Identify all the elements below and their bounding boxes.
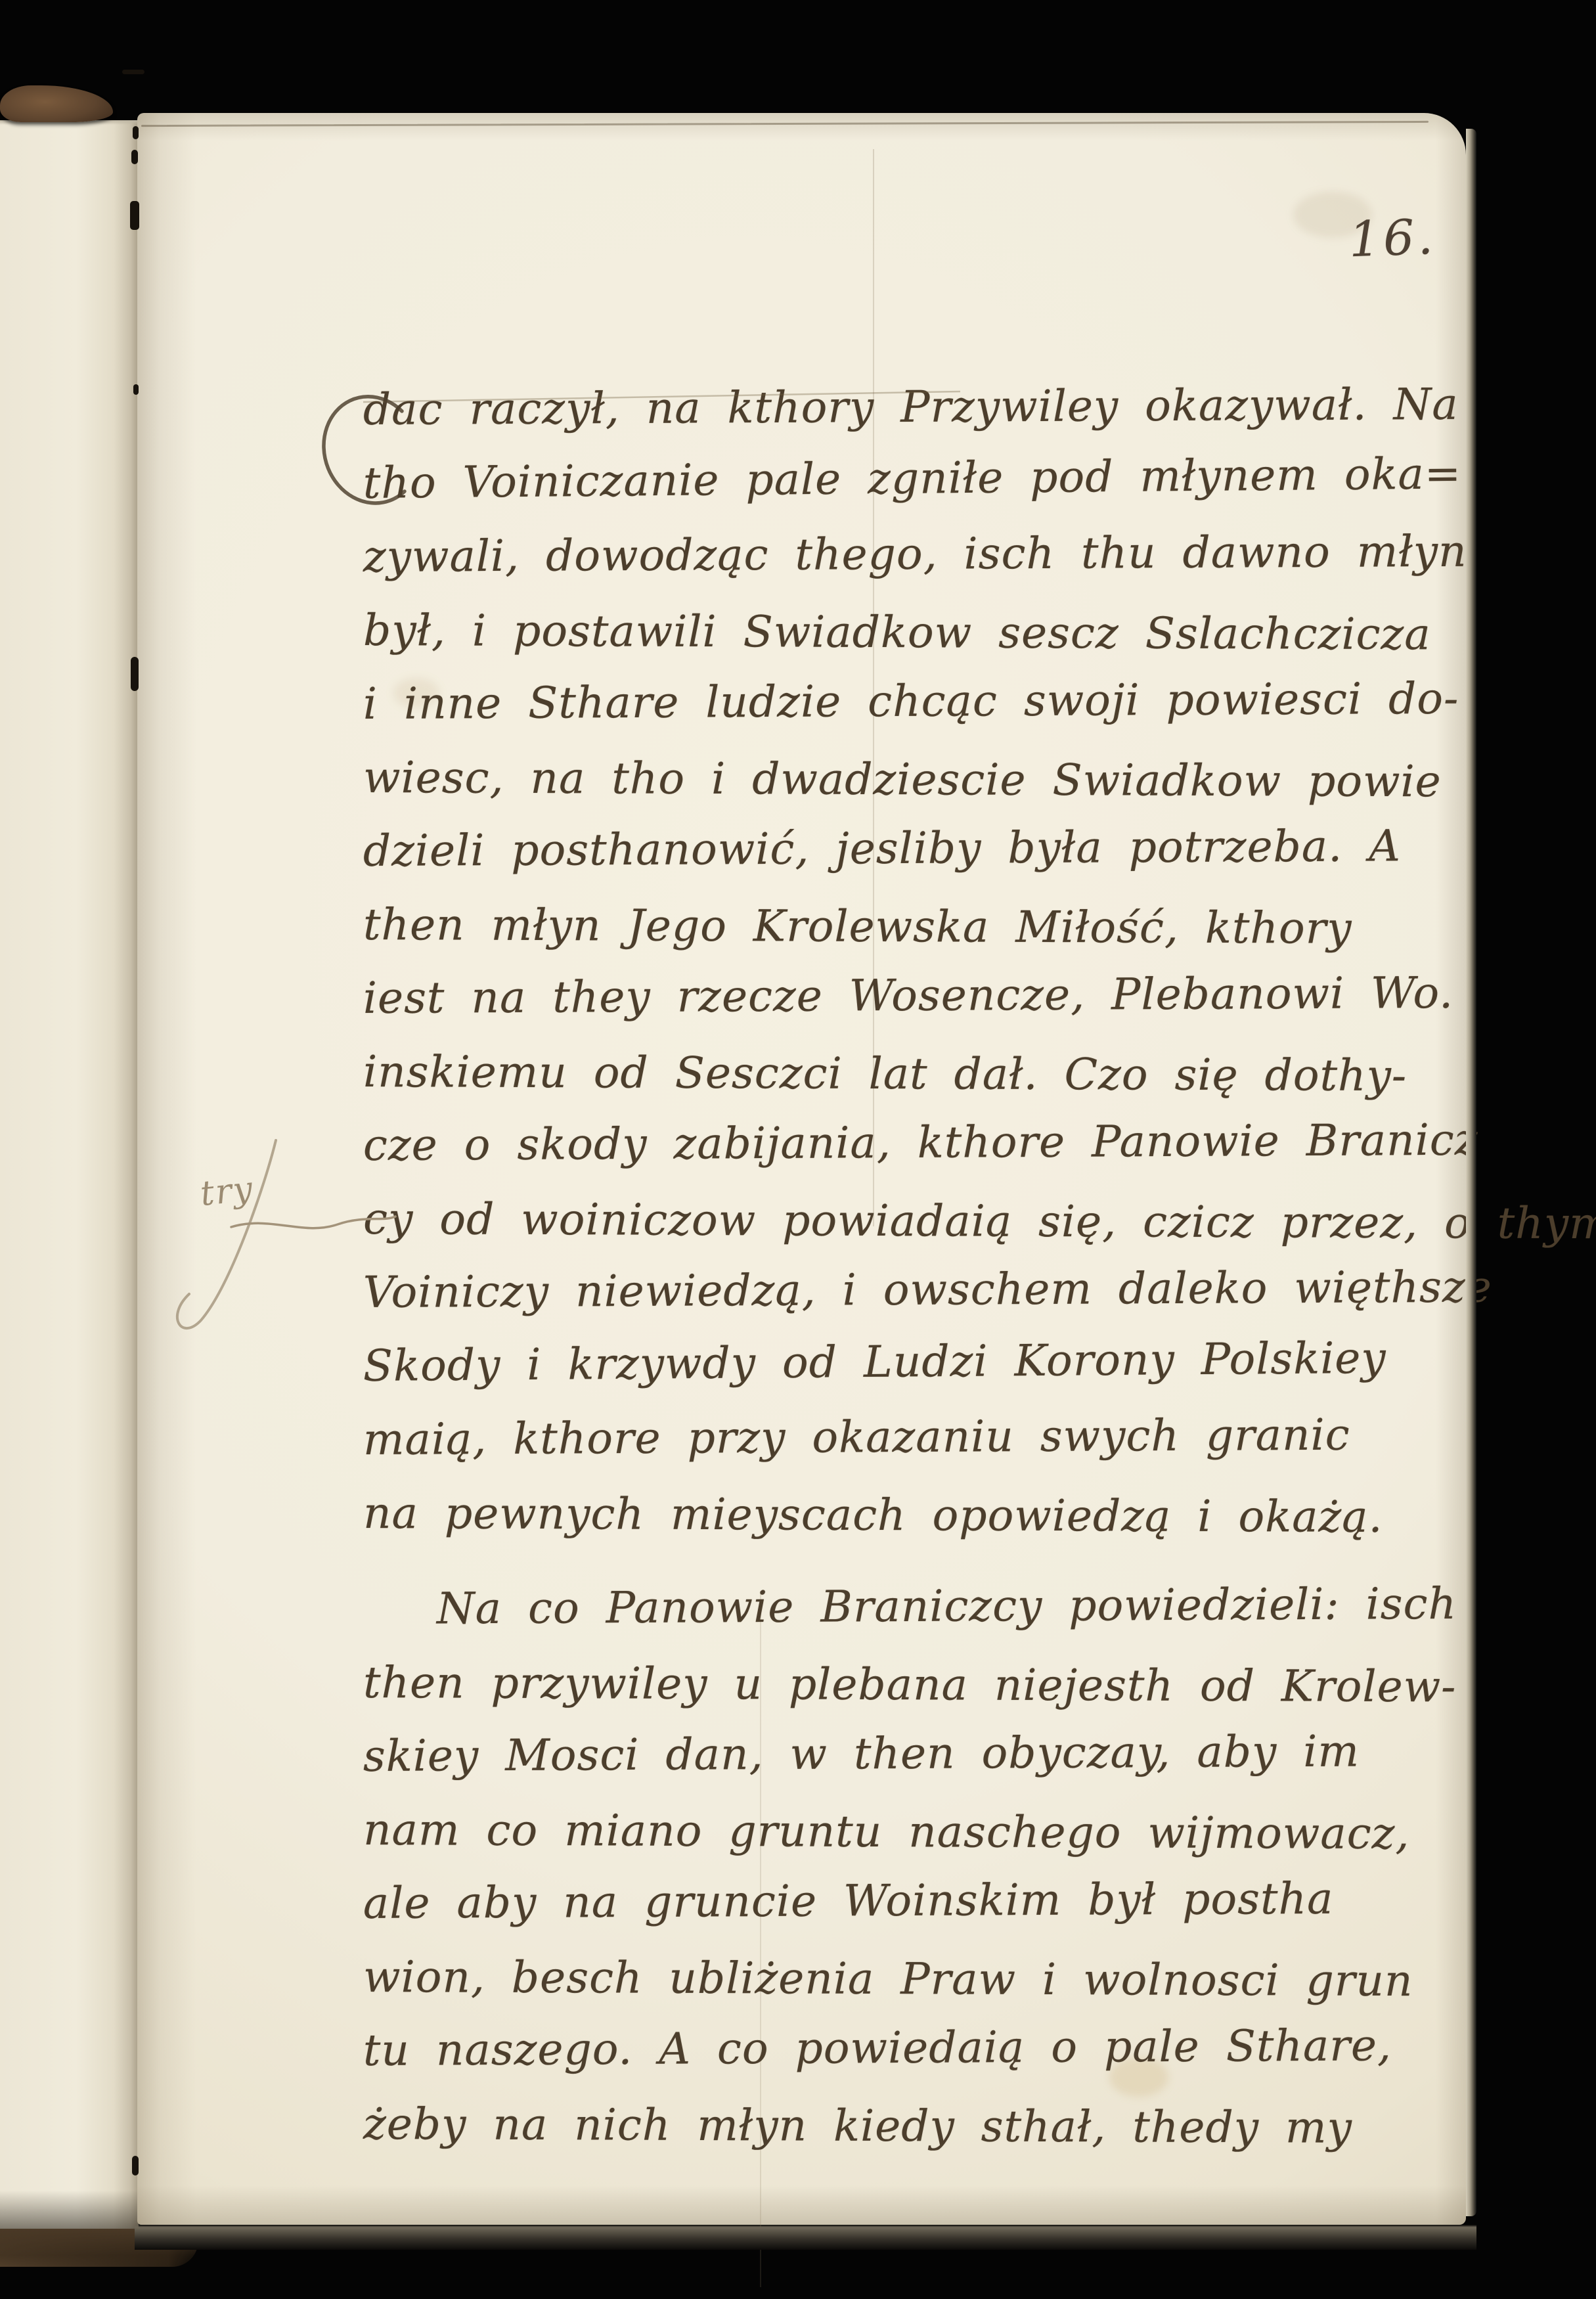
manuscript-line: tho Voiniczanie pale zgniłe pod młynem o… [363, 449, 1441, 531]
manuscript-line: Voiniczy niewiedzą, i owschem daleko wię… [363, 1262, 1441, 1341]
manuscript-line: Na co Panowie Braniczcy powiedzieli: isc… [363, 1578, 1441, 1657]
page-stack-edge-right [1466, 129, 1476, 2216]
stitch-mark [122, 70, 144, 74]
stitch-mark [133, 126, 139, 139]
manuscript-line: ale aby na gruncie Woinskim był postha [363, 1873, 1441, 1952]
manuscript-line: iest na they rzecze Wosencze, Plebanowi … [363, 968, 1441, 1046]
manuscript-page: 16. try dac raczył, na kthory Przywiley … [137, 113, 1466, 2225]
manuscript-line: zywali, dowodząc thego, isch thu dawno m… [363, 526, 1441, 605]
manuscript-line: tu naszego. A co powiedaią o pale Sthare… [363, 2020, 1441, 2099]
manuscript-line: nam co miano gruntu naschego wijmowacz, [363, 1804, 1440, 1882]
manuscript-line: inskiemu od Sesczci lat dał. Czo się dot… [363, 1046, 1440, 1124]
manuscript-photo: 16. try dac raczył, na kthory Przywiley … [0, 0, 1596, 2299]
page-number: 16. [1348, 209, 1438, 269]
stitch-mark [132, 2156, 139, 2176]
manuscript-line: cy od woiniczow powiadaią się, czicz prz… [363, 1194, 1440, 1271]
page-stack-edge-bottom [135, 2225, 1476, 2250]
manuscript-line: żeby na nich młyn kiedy sthał, thedy my [363, 2099, 1440, 2176]
stitch-mark [131, 150, 138, 164]
manuscript-line: cze o skody zabijania, kthore Panowie Br… [363, 1115, 1441, 1194]
stitch-mark [131, 657, 139, 691]
manuscript-line: dzieli posthanowić, jesliby była potrzeb… [363, 820, 1441, 899]
manuscript-line: na pewnych mieyscach opowiedzą i okażą. [363, 1488, 1440, 1565]
manuscript-line: maią, kthore przy okazaniu swych granic [363, 1409, 1441, 1488]
stitch-mark [133, 384, 139, 395]
under-sheet-edge-line [141, 121, 1429, 127]
manuscript-line: Skody i krzywdy od Ludzi Korony Polskiey [363, 1332, 1441, 1414]
manuscript-line: then przywiley u plebana niejesth od Kro… [363, 1657, 1440, 1735]
manuscript-lines: dac raczył, na kthory Przywiley okazywał… [363, 384, 1440, 2172]
manuscript-line: wion, besch ubliżenia Praw i wolnosci gr… [363, 1952, 1440, 2029]
manuscript-line: i inne Sthare ludzie chcąc swoji powiesc… [363, 673, 1441, 752]
manuscript-line: był, i postawili Swiadkow sescz Sslachcz… [363, 605, 1440, 682]
manuscript-line: then młyn Jego Krolewska Miłość, kthory [363, 899, 1440, 977]
previous-page-edge [0, 120, 139, 2230]
binding-leather-top-icon [0, 85, 113, 122]
manuscript-line: skiey Mosci dan, w then obyczay, aby im [363, 1726, 1441, 1804]
manuscript-line: dac raczył, na kthory Przywiley okazywał… [363, 379, 1441, 458]
stitch-mark [130, 201, 139, 230]
manuscript-line: wiesc, na tho i dwadziescie Swiadkow pow… [363, 752, 1440, 830]
margin-note: try [198, 1169, 255, 1214]
